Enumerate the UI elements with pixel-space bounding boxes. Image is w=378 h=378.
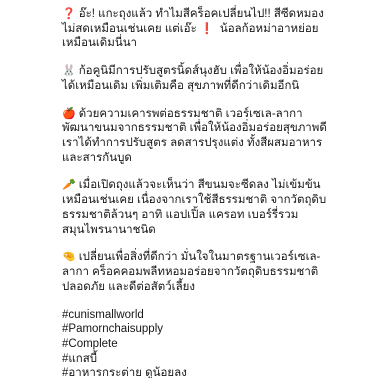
- caption-paragraph: 🥕เมื่อเปิดถุงแล้วจะเห็นว่า สีขนมจะซีดลง …: [62, 178, 328, 237]
- apple-icon: 🍎: [62, 108, 76, 120]
- hashtag-list: #cunismallworld#Pamornchaisupply#Complet…: [62, 308, 328, 378]
- see-less-link[interactable]: ดูน้อยลง: [145, 367, 187, 378]
- paragraph-text: เปลี่ยนเพื่อสิ่งที่ดีกว่า มั่นใจในมาตรฐา…: [62, 251, 320, 292]
- caption-paragraph: 🐰ก้อคูนิมีการปรับสูตรนิ้ดส์นุงฮับ เพื่อใ…: [62, 64, 328, 93]
- rabbit-icon: 🐰: [62, 65, 76, 77]
- post-caption: ❓อ๊ะ! แกะถุงแล้ว ทำไมสีคร็อคเปลี่ยนไป!! …: [0, 0, 378, 378]
- hashtag-line: #แกสบี้: [62, 352, 328, 367]
- paragraph-text: ก้อคูนิมีการปรับสูตรนิ้ดส์นุงฮับ เพื่อให…: [62, 65, 323, 92]
- hashtag[interactable]: #แกสบี้: [62, 353, 97, 365]
- pinching-hand-icon: 🤏: [62, 251, 76, 263]
- paragraph-text: ด้วยความเคารพต่อธรรมชาติ เวอร์เซเล-ลากา …: [62, 108, 327, 164]
- caption-paragraph: 🍎ด้วยความเคารพต่อธรรมชาติ เวอร์เซเล-ลากา…: [62, 107, 328, 166]
- hashtag[interactable]: #Complete: [62, 338, 118, 350]
- hashtag-line: #อาหารกระต่าย ดูน้อยลง: [62, 366, 328, 378]
- hashtag-line: #Pamornchaisupply: [62, 322, 328, 337]
- exclamation-mark-icon: ❗: [200, 23, 214, 35]
- caption-paragraph: ❓อ๊ะ! แกะถุงแล้ว ทำไมสีคร็อคเปลี่ยนไป!! …: [62, 7, 328, 51]
- hashtag[interactable]: #Pamornchaisupply: [62, 323, 163, 335]
- hashtag-line: #cunismallworld: [62, 308, 328, 323]
- question-mark-icon: ❓: [62, 8, 76, 20]
- caption-paragraph: 🤏เปลี่ยนเพื่อสิ่งที่ดีกว่า มั่นใจในมาตรฐ…: [62, 250, 328, 294]
- paragraph-text: เมื่อเปิดถุงแล้วจะเห็นว่า สีขนมจะซีดลง ไ…: [62, 179, 326, 235]
- hashtag[interactable]: #cunismallworld: [62, 309, 144, 321]
- caption-paragraphs: ❓อ๊ะ! แกะถุงแล้ว ทำไมสีคร็อคเปลี่ยนไป!! …: [62, 7, 328, 295]
- carrot-icon: 🥕: [62, 179, 76, 191]
- hashtag-line: #Complete: [62, 337, 328, 352]
- hashtag[interactable]: #อาหารกระต่าย: [62, 367, 142, 378]
